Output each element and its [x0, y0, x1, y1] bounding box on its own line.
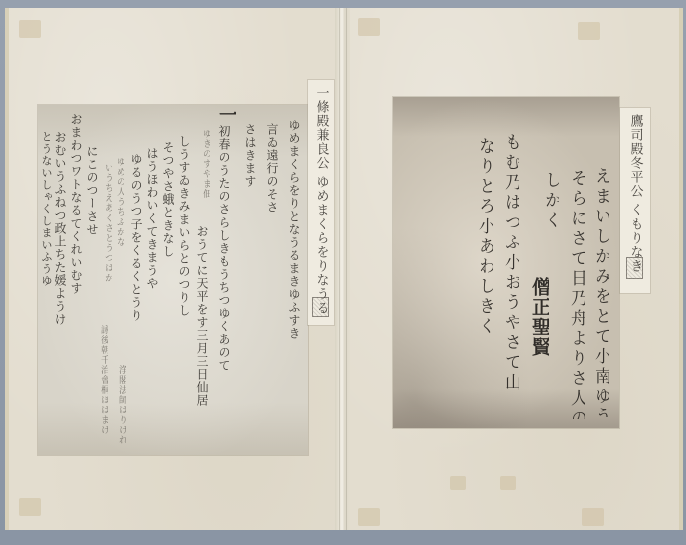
album-spine	[335, 8, 351, 530]
text-column: しうすゐきみまいらとのつりし	[178, 135, 190, 445]
text-column: おうてに天平をす三月三日仙居	[196, 225, 208, 445]
mount-residue	[358, 18, 380, 36]
text-column: 初春のうたのさらしきもうちつゆくあのて	[218, 125, 230, 445]
text-column: なりとろ小あわしきくるく	[476, 137, 493, 337]
text-column: ゆめまくらをりとなうるまきゆふすき	[288, 119, 300, 449]
attribution-text: 一條殿兼良公 ゆめまくらをりなうる	[312, 86, 331, 315]
text-column: そつやさ蛾ときなし	[162, 141, 174, 441]
spine-fold-line	[346, 8, 347, 530]
text-column: ゆるのうつ子をくるくとうり	[130, 153, 142, 443]
mount-residue	[500, 476, 516, 490]
text-column: 言ゐ遠行のそさ	[266, 123, 278, 243]
interlinear-note: 浄閣法師はりけれ	[117, 365, 126, 445]
seal-icon	[626, 257, 643, 279]
left-manuscript-sheet: ゆめまくらをりとなうるまきゆふすき 言ゐ遠行のそさ さはきます 一 初春のうたの…	[38, 105, 308, 455]
mount-residue	[578, 22, 600, 40]
text-column: えまいしかみをとて小南ゆうろ	[592, 167, 609, 417]
signature: 僧正聖賢	[530, 277, 549, 367]
text-column: そらにさて日乃舟よりさ人のさむれ	[568, 169, 585, 419]
interlinear-note: ゆきのすやま佃	[201, 129, 210, 219]
mount-residue	[19, 20, 41, 38]
mount-residue	[358, 508, 380, 526]
left-attribution-slip: 一條殿兼良公 ゆめまくらをりなうる	[308, 80, 334, 325]
text-column: もむ乃はつふ小おうやさて山をゆきい	[502, 133, 519, 393]
text-column: はうほわいくてきまうや	[146, 147, 158, 447]
text-column: さはきます	[244, 123, 256, 203]
mount-residue	[450, 476, 466, 490]
text-column: おむいうふねつ政上ちた媛ようけ	[54, 131, 66, 431]
right-attribution-slip: 鷹司殿冬平公 くもりなき	[620, 108, 650, 293]
text-column: しかく	[542, 171, 559, 231]
right-manuscript-sheet: えまいしかみをとて小南ゆうろ そらにさて日乃舟よりさ人のさむれ しかく 僧正聖賢…	[393, 97, 619, 428]
attribution-text: 鷹司殿冬平公 くもりなき	[626, 114, 645, 273]
seal-icon	[312, 297, 329, 317]
text-column: にこのつーさせのす	[86, 145, 98, 235]
mount-residue	[19, 498, 41, 516]
mount-residue	[582, 508, 604, 526]
album-photograph: ゆめまくらをりとなうるまきゆふすき 言ゐ遠行のそさ さはきます 一 初春のうたの…	[0, 0, 686, 545]
text-column: とうないしゃくしまいふうゆ	[41, 131, 52, 451]
text-column: おまわつワトなるてくれいむす	[70, 113, 82, 433]
interlinear-note: 詠後朝千治會桐ほはまけれ	[99, 325, 108, 435]
spine-fold-line	[339, 8, 340, 530]
